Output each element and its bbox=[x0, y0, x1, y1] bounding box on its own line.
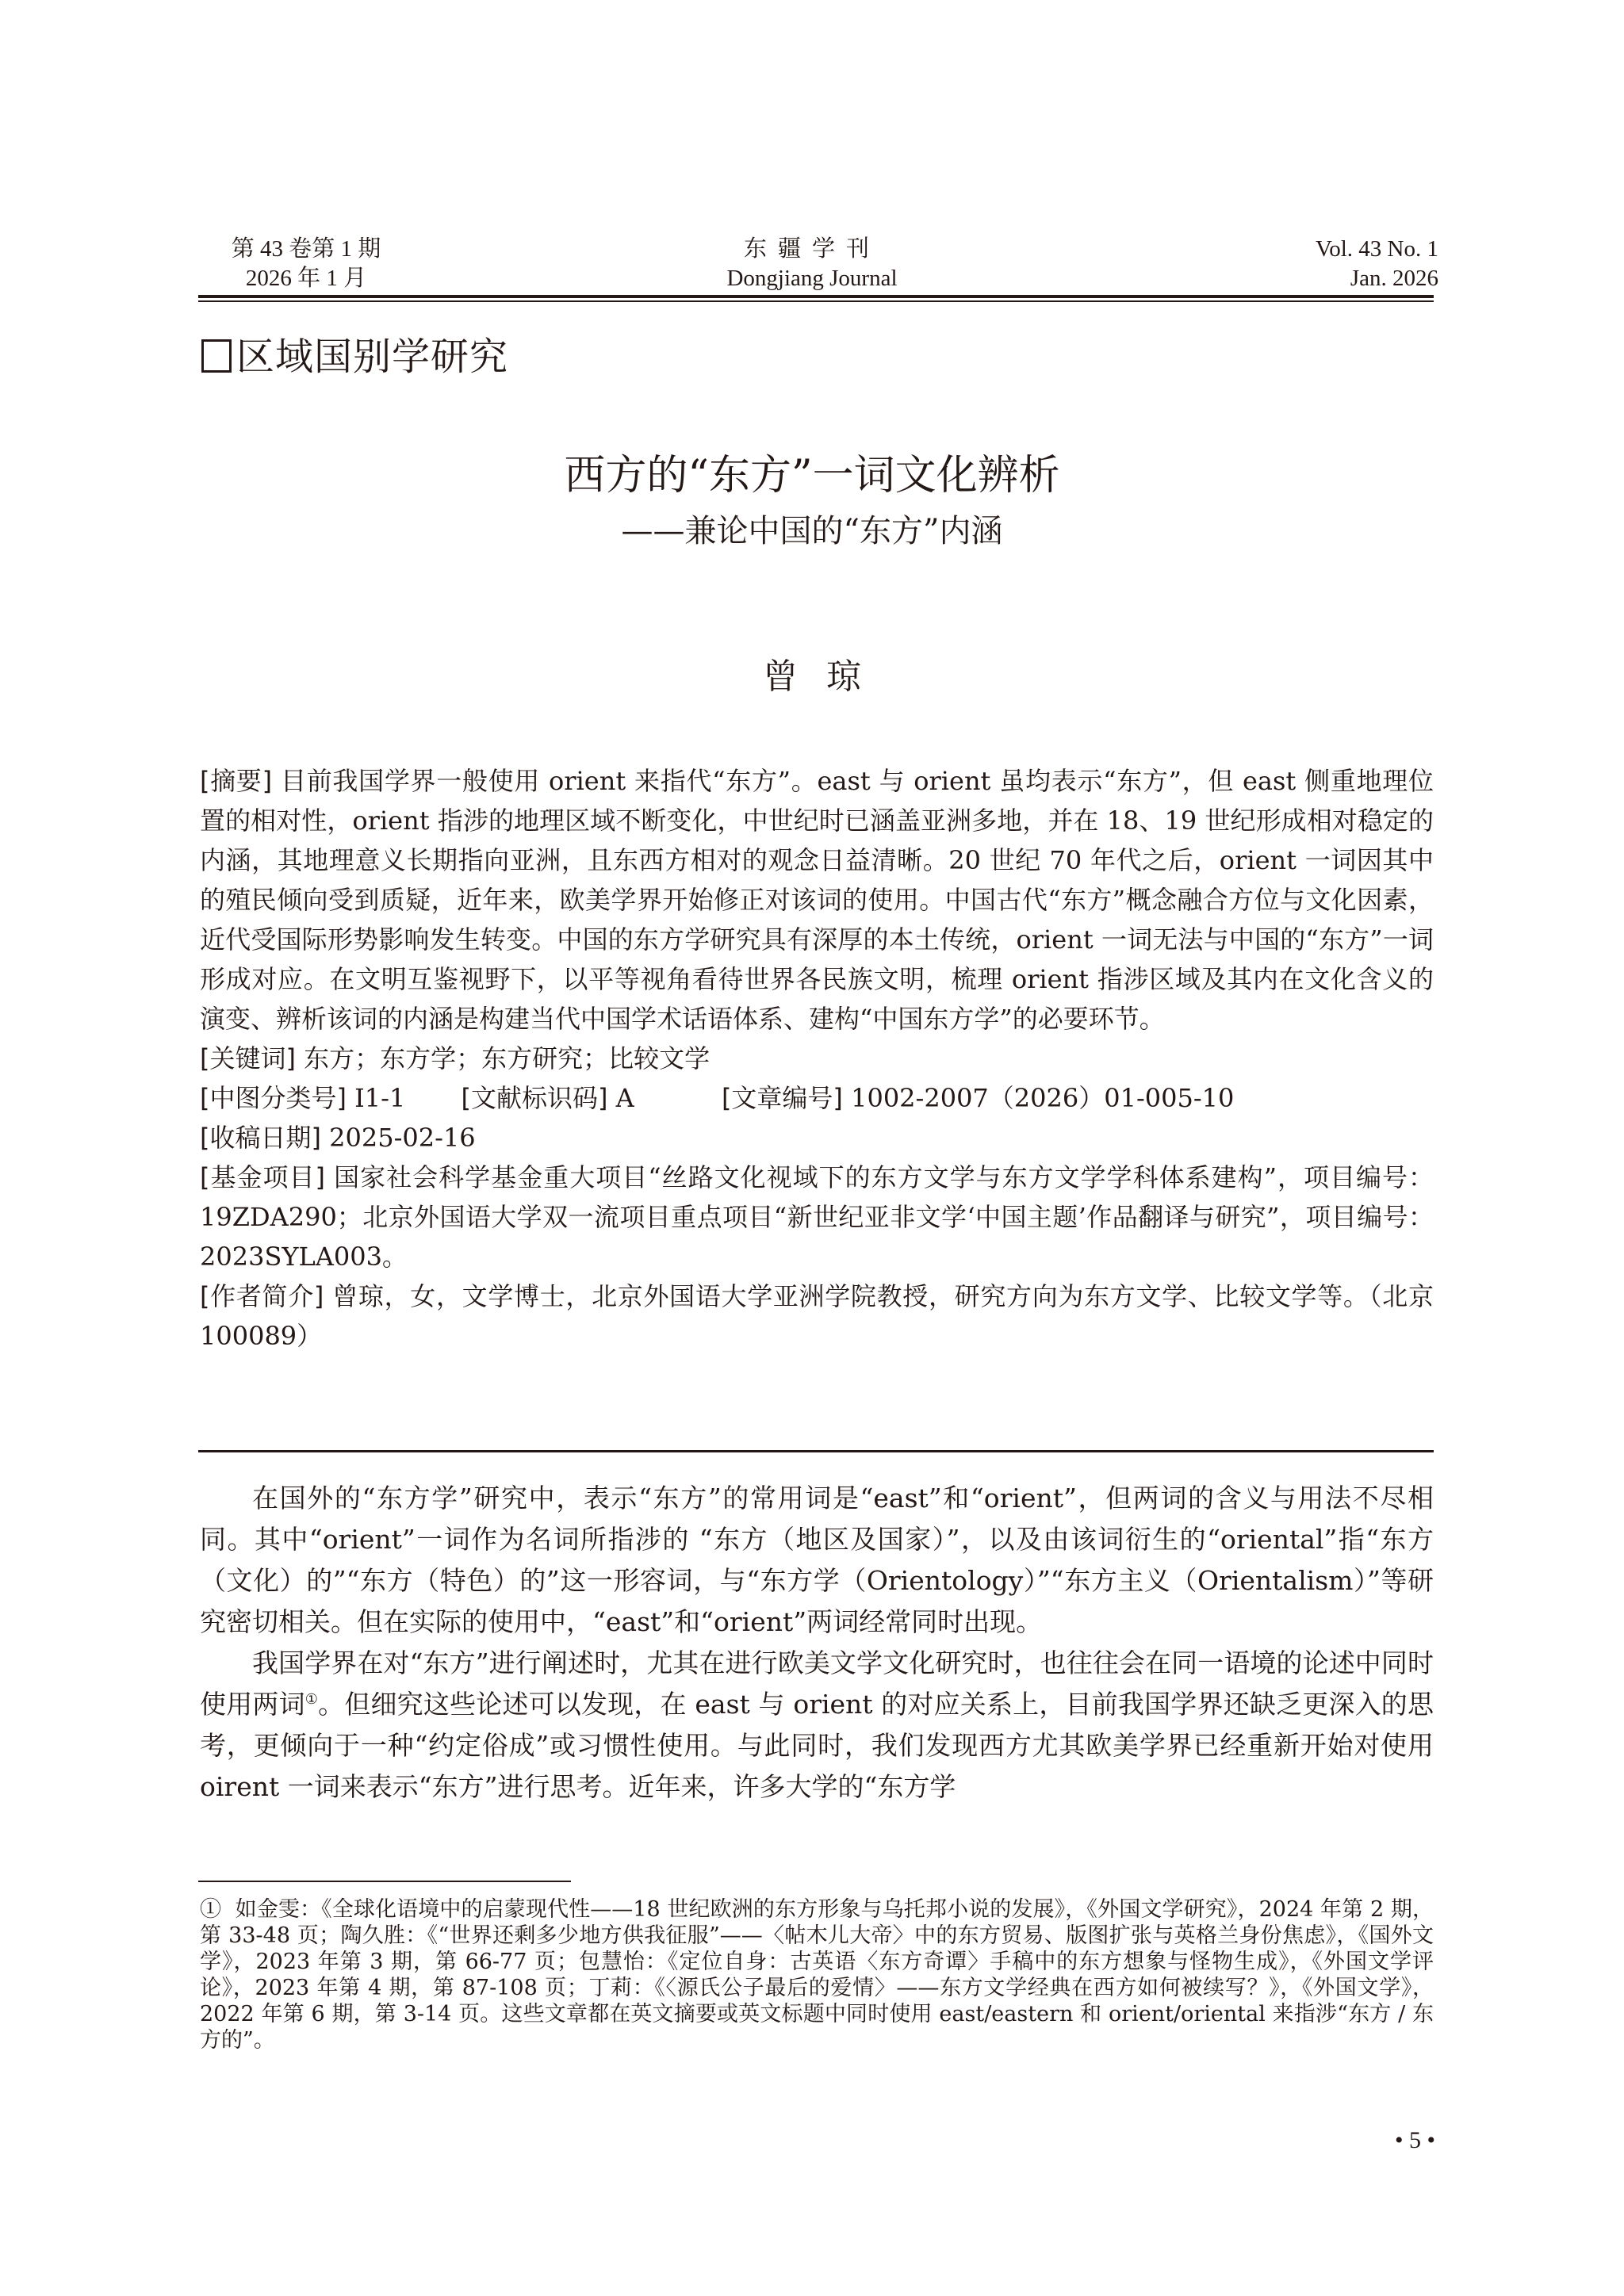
section-heading: 区域国别学研究 bbox=[201, 333, 508, 381]
volume-issue: 第 43 卷第 1 期 bbox=[219, 235, 393, 264]
journal-page: 第 43 卷第 1 期 2026 年 1 月 东疆学刊 Dongjiang Jo… bbox=[0, 0, 1624, 2296]
header-rule-thin bbox=[198, 300, 1434, 302]
received-date: [收稿日期] 2025-02-16 bbox=[200, 1118, 1434, 1158]
running-header-left: 第 43 卷第 1 期 2026 年 1 月 bbox=[219, 235, 393, 293]
received-value: 2025-02-16 bbox=[329, 1123, 476, 1153]
abstract-text: 目前我国学界一般使用 orient 来指代“东方”。east 与 orient … bbox=[200, 766, 1434, 1034]
paragraph-text: 。但细究这些论述可以发现，在 east 与 orient 的对应关系上，目前我国… bbox=[200, 1689, 1434, 1802]
journal-name-en: Dongjiang Journal bbox=[653, 264, 971, 293]
footnotes: ① 如金雯：《全球化语境中的启蒙现代性——18 世纪欧洲的东方形象与乌托邦小说的… bbox=[200, 1896, 1434, 2053]
clc-label: [中图分类号] bbox=[200, 1083, 347, 1113]
volume-issue-en: Vol. 43 No. 1 bbox=[1253, 235, 1443, 264]
footnote-item: ① 如金雯：《全球化语境中的启蒙现代性——18 世纪欧洲的东方形象与乌托邦小说的… bbox=[200, 1896, 1434, 2053]
square-box-icon bbox=[201, 339, 232, 373]
doc-code-label: [文献标识码] bbox=[462, 1083, 608, 1113]
footnote-ref[interactable]: ① bbox=[305, 1691, 318, 1708]
body-paragraph: 在国外的“东方学”研究中，表示“东方”的常用词是“east”和“orient”，… bbox=[200, 1478, 1434, 1643]
journal-name-cn: 东疆学刊 bbox=[653, 235, 971, 264]
article-body: 在国外的“东方学”研究中，表示“东方”的常用词是“east”和“orient”，… bbox=[200, 1478, 1434, 1808]
author-bio: [作者简介] 曾琼，女，文学博士，北京外国语大学亚洲学院教授，研究方向为东方文学… bbox=[200, 1276, 1434, 1356]
article-no-value: 1002-2007（2026）01-005-10 bbox=[851, 1083, 1234, 1113]
fund-project: [基金项目] 国家社会科学基金重大项目“丝路文化视域下的东方文学与东方文学学科体… bbox=[200, 1158, 1434, 1276]
clc-value: I1-1 bbox=[354, 1083, 405, 1113]
fund-text: 国家社会科学基金重大项目“丝路文化视域下的东方文学与东方文学学科体系建构”，项目… bbox=[200, 1162, 1434, 1272]
running-header-right: Vol. 43 No. 1 Jan. 2026 bbox=[1253, 235, 1443, 293]
fund-label: [基金项目] bbox=[200, 1162, 325, 1192]
received-label: [收稿日期] bbox=[200, 1123, 321, 1153]
front-matter: [摘要] 目前我国学界一般使用 orient 来指代“东方”。east 与 or… bbox=[200, 761, 1434, 1356]
running-header-center: 东疆学刊 Dongjiang Journal bbox=[653, 235, 971, 293]
section-label: 区域国别学研究 bbox=[236, 335, 508, 379]
keywords-label: [关键词] bbox=[200, 1043, 296, 1073]
page-number: • 5 • bbox=[1364, 2125, 1435, 2156]
article-title: 西方的“东方”一词文化辨析 bbox=[0, 448, 1624, 503]
issue-date-en: Jan. 2026 bbox=[1253, 264, 1443, 293]
footnote-marker: ① bbox=[200, 1897, 221, 1922]
body-paragraph: 我国学界在对“东方”进行阐述时，尤其在进行欧美文学文化研究时，也往往会在同一语境… bbox=[200, 1643, 1434, 1808]
abstract: [摘要] 目前我国学界一般使用 orient 来指代“东方”。east 与 or… bbox=[200, 761, 1434, 1039]
header-rule-thick bbox=[198, 295, 1434, 298]
classification-line: [中图分类号] I1-1 [文献标识码] A [文章编号] 1002-2007（… bbox=[200, 1078, 1434, 1118]
article-subtitle: ——兼论中国的“东方”内涵 bbox=[0, 507, 1624, 555]
article-no-label: [文章编号] bbox=[722, 1083, 843, 1113]
issue-date: 2026 年 1 月 bbox=[219, 264, 393, 293]
article-author: 曾琼 bbox=[0, 652, 1624, 702]
footnote-rule bbox=[198, 1881, 571, 1882]
author-bio-text: 曾琼，女，文学博士，北京外国语大学亚洲学院教授，研究方向为东方文学、比较文学等。… bbox=[200, 1281, 1434, 1351]
abstract-label: [摘要] bbox=[200, 766, 272, 796]
author-bio-label: [作者简介] bbox=[200, 1281, 324, 1311]
footnote-text: 如金雯：《全球化语境中的启蒙现代性——18 世纪欧洲的东方形象与乌托邦小说的发展… bbox=[200, 1897, 1434, 2053]
front-matter-divider bbox=[198, 1450, 1434, 1452]
doc-code-value: A bbox=[616, 1083, 634, 1113]
keywords: [关键词] 东方；东方学；东方研究；比较文学 bbox=[200, 1039, 1434, 1078]
keywords-text: 东方；东方学；东方研究；比较文学 bbox=[304, 1043, 710, 1073]
